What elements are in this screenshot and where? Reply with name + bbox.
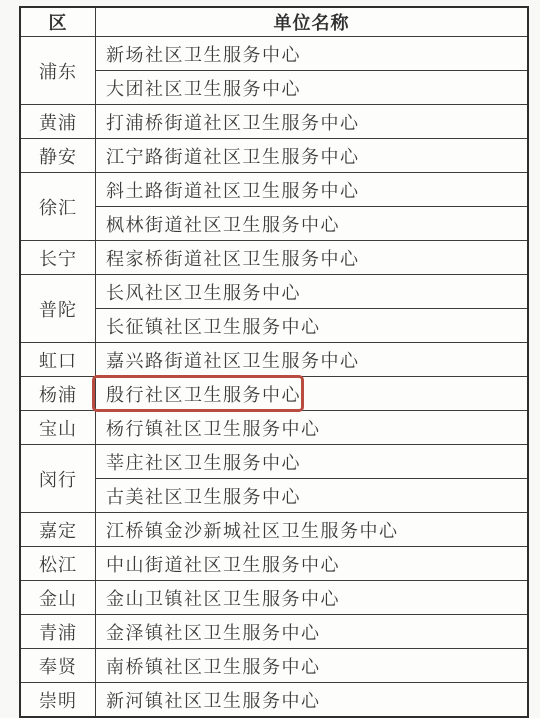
header-row: 区 单位名称 <box>20 7 528 37</box>
district-cell-changning: 长宁 <box>20 241 96 275</box>
table-row: 奉贤 南桥镇社区卫生服务中心 <box>20 649 528 683</box>
table-row: 松江 中山街道社区卫生服务中心 <box>20 547 528 581</box>
table-row: 静安 江宁路街道社区卫生服务中心 <box>20 139 528 173</box>
table-row: 青浦 金泽镇社区卫生服务中心 <box>20 615 528 649</box>
table-row: 崇明 新河镇社区卫生服务中心 <box>20 683 528 718</box>
unit-cell: 江宁路街道社区卫生服务中心 <box>96 139 529 173</box>
unit-cell: 中山街道社区卫生服务中心 <box>96 547 529 581</box>
unit-cell: 杨行镇社区卫生服务中心 <box>96 411 529 445</box>
table-row: 长征镇社区卫生服务中心 <box>20 309 528 343</box>
header-district: 区 <box>20 7 96 37</box>
table-row: 普陀 长风社区卫生服务中心 <box>20 275 528 309</box>
highlighted-unit-text: 殷行社区卫生服务中心 <box>106 385 301 405</box>
unit-cell: 新河镇社区卫生服务中心 <box>96 683 529 718</box>
district-units-table: 区 单位名称 浦东 新场社区卫生服务中心 大团社区卫生服务中心 黄浦 打浦桥街道… <box>19 6 529 718</box>
header-unit-name: 单位名称 <box>96 7 529 37</box>
unit-cell: 打浦桥街道社区卫生服务中心 <box>96 105 529 139</box>
table-row: 枫林街道社区卫生服务中心 <box>20 207 528 241</box>
table-row: 虹口 嘉兴路街道社区卫生服务中心 <box>20 343 528 377</box>
table-row: 徐汇 斜土路街道社区卫生服务中心 <box>20 173 528 207</box>
unit-cell: 斜土路街道社区卫生服务中心 <box>96 173 529 207</box>
table-row highlighted-row: 杨浦 殷行社区卫生服务中心 <box>20 377 528 411</box>
district-cell-minhang: 闵行 <box>20 445 96 513</box>
district-cell-jingan: 静安 <box>20 139 96 173</box>
unit-cell: 程家桥街道社区卫生服务中心 <box>96 241 529 275</box>
unit-cell: 江桥镇金沙新城社区卫生服务中心 <box>96 513 529 547</box>
table-row: 金山 金山卫镇社区卫生服务中心 <box>20 581 528 615</box>
district-cell-jinshan: 金山 <box>20 581 96 615</box>
unit-cell: 金山卫镇社区卫生服务中心 <box>96 581 529 615</box>
district-cell-chongming: 崇明 <box>20 683 96 718</box>
unit-cell: 南桥镇社区卫生服务中心 <box>96 649 529 683</box>
unit-cell: 古美社区卫生服务中心 <box>96 479 529 513</box>
district-cell-pudong: 浦东 <box>20 37 96 105</box>
district-cell-qingpu: 青浦 <box>20 615 96 649</box>
table-row: 长宁 程家桥街道社区卫生服务中心 <box>20 241 528 275</box>
table-row: 闵行 莘庄社区卫生服务中心 <box>20 445 528 479</box>
table-row: 大团社区卫生服务中心 <box>20 71 528 105</box>
table-row: 古美社区卫生服务中心 <box>20 479 528 513</box>
table-row: 嘉定 江桥镇金沙新城社区卫生服务中心 <box>20 513 528 547</box>
district-cell-baoshan: 宝山 <box>20 411 96 445</box>
district-units-table-wrap: 区 单位名称 浦东 新场社区卫生服务中心 大团社区卫生服务中心 黄浦 打浦桥街道… <box>19 6 529 718</box>
unit-cell: 莘庄社区卫生服务中心 <box>96 445 529 479</box>
unit-cell: 长风社区卫生服务中心 <box>96 275 529 309</box>
district-cell-yangpu: 杨浦 <box>20 377 96 411</box>
unit-cell: 金泽镇社区卫生服务中心 <box>96 615 529 649</box>
unit-cell-highlighted: 殷行社区卫生服务中心 <box>96 377 529 411</box>
unit-cell: 大团社区卫生服务中心 <box>96 71 529 105</box>
unit-cell: 长征镇社区卫生服务中心 <box>96 309 529 343</box>
unit-cell: 枫林街道社区卫生服务中心 <box>96 207 529 241</box>
unit-cell: 嘉兴路街道社区卫生服务中心 <box>96 343 529 377</box>
district-cell-putuo: 普陀 <box>20 275 96 343</box>
district-cell-xuhui: 徐汇 <box>20 173 96 241</box>
district-cell-songjiang: 松江 <box>20 547 96 581</box>
table-row: 宝山 杨行镇社区卫生服务中心 <box>20 411 528 445</box>
unit-cell: 新场社区卫生服务中心 <box>96 37 529 71</box>
district-cell-huangpu: 黄浦 <box>20 105 96 139</box>
table-row: 浦东 新场社区卫生服务中心 <box>20 37 528 71</box>
scanned-document-page: { "table": { "headers": { "district": "区… <box>0 0 540 715</box>
table-row: 黄浦 打浦桥街道社区卫生服务中心 <box>20 105 528 139</box>
district-cell-jiading: 嘉定 <box>20 513 96 547</box>
district-cell-fengxian: 奉贤 <box>20 649 96 683</box>
district-cell-hongkou: 虹口 <box>20 343 96 377</box>
